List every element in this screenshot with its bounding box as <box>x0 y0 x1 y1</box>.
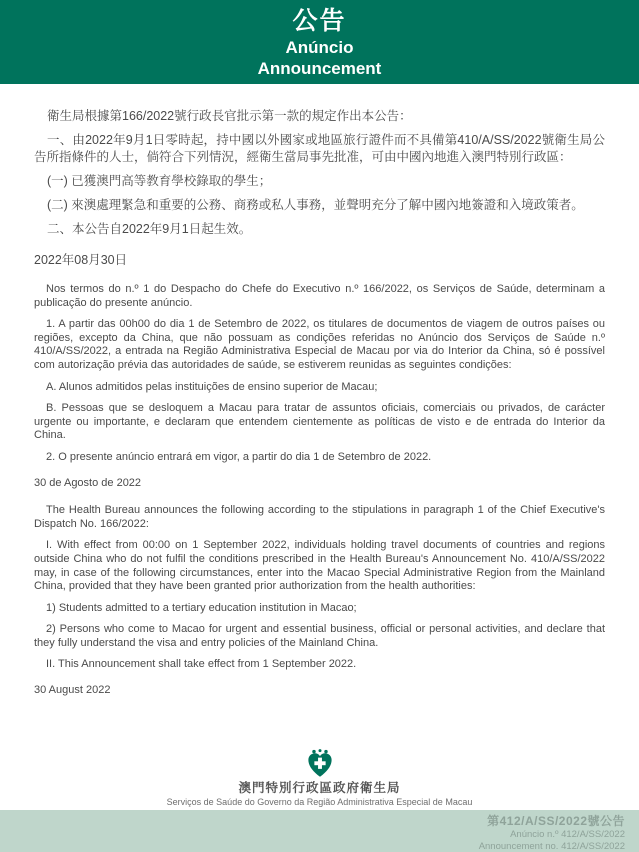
en-paragraph-1: The Health Bureau announces the followin… <box>34 504 605 531</box>
pt-paragraph-2: 1. A partir das 00h00 do dia 1 de Setemb… <box>34 318 605 372</box>
section-english: The Health Bureau announces the followin… <box>34 504 605 698</box>
en-date: 30 August 2022 <box>34 684 605 698</box>
en-item-2: 2) Persons who come to Macao for urgent … <box>34 623 605 650</box>
zh-paragraph-2: 二、本公告自2022年9月1日起生效。 <box>34 221 605 238</box>
pt-item-b: B. Pessoas que se desloquem a Macau para… <box>34 402 605 443</box>
zh-paragraph-1: 一、由2022年9月1日零時起，持中國以外國家或地區旅行證件而不具備第410/A… <box>34 132 605 166</box>
zh-item-1: (一) 已獲澳門高等教育學校錄取的學生； <box>34 173 605 190</box>
header-banner: 公告 Anúncio Announcement <box>0 0 639 84</box>
pt-date: 30 de Agosto de 2022 <box>34 477 605 491</box>
en-item-1: 1) Students admitted to a tertiary educa… <box>34 602 605 616</box>
reference-number-pt: Anúncio n.º 412/A/SS/2022 <box>0 829 625 841</box>
zh-intro: 衛生局根據第166/2022號行政長官批示第一款的規定作出本公告： <box>34 108 605 125</box>
reference-number-bar: 第412/A/SS/2022號公告 Anúncio n.º 412/A/SS/2… <box>0 810 639 852</box>
page-title-zh: 公告 <box>0 5 639 37</box>
announcement-page: 公告 Anúncio Announcement 衛生局根據第166/2022號行… <box>0 0 639 852</box>
pt-paragraph-3: 2. O presente anúncio entrará em vigor, … <box>34 451 605 465</box>
document-footer: 澳門特別行政區政府衛生局 Serviços de Saúde do Govern… <box>0 749 639 808</box>
reference-number-en: Announcement no. 412/A/SS/2022 <box>0 841 625 852</box>
document-body: 衛生局根據第166/2022號行政長官批示第一款的規定作出本公告： 一、由202… <box>0 84 639 698</box>
zh-item-2: (二) 來澳處理緊急和重要的公務、商務或私人事務，並聲明充分了解中國內地簽證和入… <box>34 197 605 214</box>
zh-date: 2022年08月30日 <box>34 252 605 269</box>
page-title-en: Announcement <box>0 58 639 79</box>
page-title-pt: Anúncio <box>0 37 639 58</box>
section-portuguese: Nos termos do n.º 1 do Despacho do Chefe… <box>34 283 605 490</box>
section-chinese: 衛生局根據第166/2022號行政長官批示第一款的規定作出本公告： 一、由202… <box>34 108 605 269</box>
pt-item-a: A. Alunos admitidos pelas instituições d… <box>34 381 605 395</box>
reference-number-zh: 第412/A/SS/2022號公告 <box>0 814 625 829</box>
health-bureau-logo-icon <box>0 749 639 779</box>
en-paragraph-2: I. With effect from 00:00 on 1 September… <box>34 539 605 593</box>
org-name-pt: Serviços de Saúde do Governo da Região A… <box>0 796 639 808</box>
en-paragraph-3: II. This Announcement shall take effect … <box>34 658 605 672</box>
pt-paragraph-1: Nos termos do n.º 1 do Despacho do Chefe… <box>34 283 605 310</box>
org-name-zh: 澳門特別行政區政府衛生局 <box>0 781 639 796</box>
